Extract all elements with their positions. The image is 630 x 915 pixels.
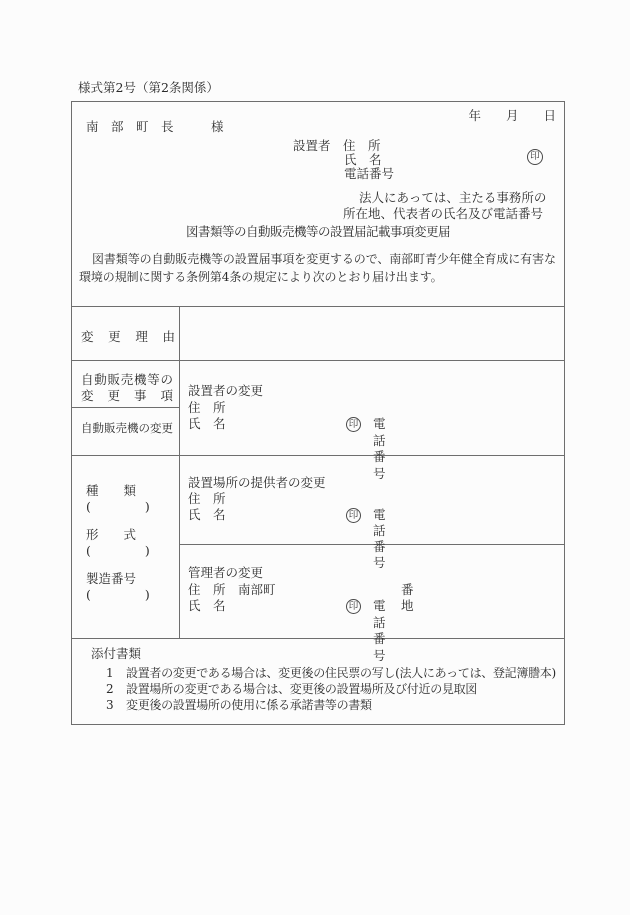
left-column-subdivider bbox=[72, 407, 180, 408]
table-top-line bbox=[72, 306, 564, 307]
manager-change-address-line: 住 所 南部町 番地 bbox=[188, 582, 276, 599]
right-column-subdivider bbox=[179, 544, 564, 545]
machine-kind-label: 種 類 bbox=[86, 483, 150, 499]
document-title: 図書類等の自動販売機等の設置届記載事項変更届 bbox=[72, 222, 564, 240]
installer-change-phone-label: 電話番号 bbox=[373, 416, 386, 482]
installer-change-name-line: 氏 名 印 電話番号 bbox=[188, 416, 263, 433]
attachments-heading: 添付書類 bbox=[91, 646, 556, 662]
seal-char: 印 bbox=[530, 152, 540, 162]
vending-items-label-line1: 自動販売機等の bbox=[81, 372, 173, 388]
addressee-line: 南 部 町 長 様 bbox=[86, 117, 224, 135]
machine-model-group: 形 式 ( ) bbox=[86, 527, 150, 558]
attachment-item: 3変更後の設置場所の使用に係る承諾書等の書類 bbox=[106, 697, 556, 713]
seal-mark-icon: 印 bbox=[527, 149, 543, 165]
manager-change-name-line: 氏 名 印 電話番号 bbox=[188, 598, 276, 615]
body-text-line2: 環境の規制に関する条例第4条の規定により次のとおり届け出ます。 bbox=[79, 268, 443, 285]
machine-serial-group: 製造番号 ( ) bbox=[86, 571, 150, 602]
installer-change-address-label: 住 所 bbox=[188, 400, 263, 417]
body-text-line1: 図書類等の自動販売機等の設置届事項を変更するので、南部町青少年健全育成に有害な bbox=[92, 250, 556, 267]
machine-info-cell: 種 類 ( ) 形 式 ( ) 製造番号 ( ) bbox=[86, 483, 150, 615]
manager-change-title: 管理者の変更 bbox=[188, 565, 276, 582]
manager-change-banchi-label: 番地 bbox=[401, 582, 414, 615]
manager-change-cell: 管理者の変更 住 所 南部町 番地 氏 名 印 電話番号 bbox=[188, 565, 276, 615]
manager-change-address-label: 住 所 南部町 bbox=[188, 582, 276, 597]
form-number-label: 様式第2号（第2条関係） bbox=[78, 78, 219, 96]
provider-change-cell: 設置場所の提供者の変更 住 所 氏 名 印 電話番号 bbox=[188, 475, 326, 523]
machine-kind-group: 種 類 ( ) bbox=[86, 483, 150, 514]
seal-mark-icon: 印 bbox=[346, 417, 361, 432]
installer-change-name-label: 氏 名 bbox=[188, 416, 226, 431]
seal-char: 印 bbox=[349, 420, 359, 430]
machine-serial-paren: ( ) bbox=[86, 587, 150, 603]
vending-items-label-line2: 変 更 事 項 bbox=[81, 388, 173, 404]
attachment-item-number: 2 bbox=[106, 681, 126, 697]
attachment-item-text: 変更後の設置場所の使用に係る承諾書等の書類 bbox=[126, 698, 372, 712]
machine-serial-label: 製造番号 bbox=[86, 571, 150, 587]
vending-machine-items-label: 自動販売機等の 変 更 事 項 bbox=[81, 372, 173, 403]
attachment-item-number: 3 bbox=[106, 697, 126, 713]
provider-change-name-line: 氏 名 印 電話番号 bbox=[188, 507, 326, 523]
seal-char: 印 bbox=[349, 602, 359, 612]
seal-char: 印 bbox=[349, 511, 359, 521]
corporate-note-line2: 所在地、代表者の氏名及び電話番号 bbox=[343, 204, 543, 222]
installer-change-cell: 設置者の変更 住 所 氏 名 印 電話番号 bbox=[188, 383, 263, 433]
row-divider-3 bbox=[72, 638, 564, 639]
change-reason-label: 変 更 理 由 bbox=[81, 327, 175, 345]
attachment-item: 2設置場所の変更である場合は、変更後の設置場所及び付近の見取図 bbox=[106, 681, 556, 697]
attachment-item-text: 設置場所の変更である場合は、変更後の設置場所及び付近の見取図 bbox=[126, 682, 477, 696]
seal-mark-icon: 印 bbox=[346, 599, 361, 614]
machine-kind-paren: ( ) bbox=[86, 499, 150, 515]
provider-change-address-label: 住 所 bbox=[188, 491, 326, 507]
vending-machine-change-label: 自動販売機の変更 bbox=[81, 420, 173, 436]
row-divider-2 bbox=[72, 455, 564, 456]
provider-change-name-label: 氏 名 bbox=[188, 507, 226, 522]
attachment-item-text: 設置者の変更である場合は、変更後の住民票の写し(法人にあっては、登記簿謄本) bbox=[126, 666, 556, 680]
attachment-item: 1設置者の変更である場合は、変更後の住民票の写し(法人にあっては、登記簿謄本) bbox=[106, 665, 556, 681]
attachment-item-number: 1 bbox=[106, 665, 126, 681]
form-page: 様式第2号（第2条関係） 年 月 日 南 部 町 長 様 設置者 住 所 氏 名… bbox=[0, 0, 630, 915]
table-column-divider bbox=[179, 306, 180, 638]
date-line: 年 月 日 bbox=[468, 106, 556, 124]
provider-change-title: 設置場所の提供者の変更 bbox=[188, 475, 326, 491]
seal-mark-icon: 印 bbox=[346, 508, 361, 523]
installer-phone-label: 電話番号 bbox=[344, 164, 394, 182]
form-border-box: 年 月 日 南 部 町 長 様 設置者 住 所 氏 名 電話番号 印 法人にあっ… bbox=[71, 101, 565, 725]
manager-change-name-label: 氏 名 bbox=[188, 598, 226, 613]
machine-model-label: 形 式 bbox=[86, 527, 150, 543]
machine-model-paren: ( ) bbox=[86, 543, 150, 559]
installer-change-title: 設置者の変更 bbox=[188, 383, 263, 400]
row-divider-1 bbox=[72, 360, 564, 361]
provider-change-phone-label: 電話番号 bbox=[373, 507, 386, 571]
attachments-section: 添付書類 1設置者の変更である場合は、変更後の住民票の写し(法人にあっては、登記… bbox=[91, 646, 556, 713]
